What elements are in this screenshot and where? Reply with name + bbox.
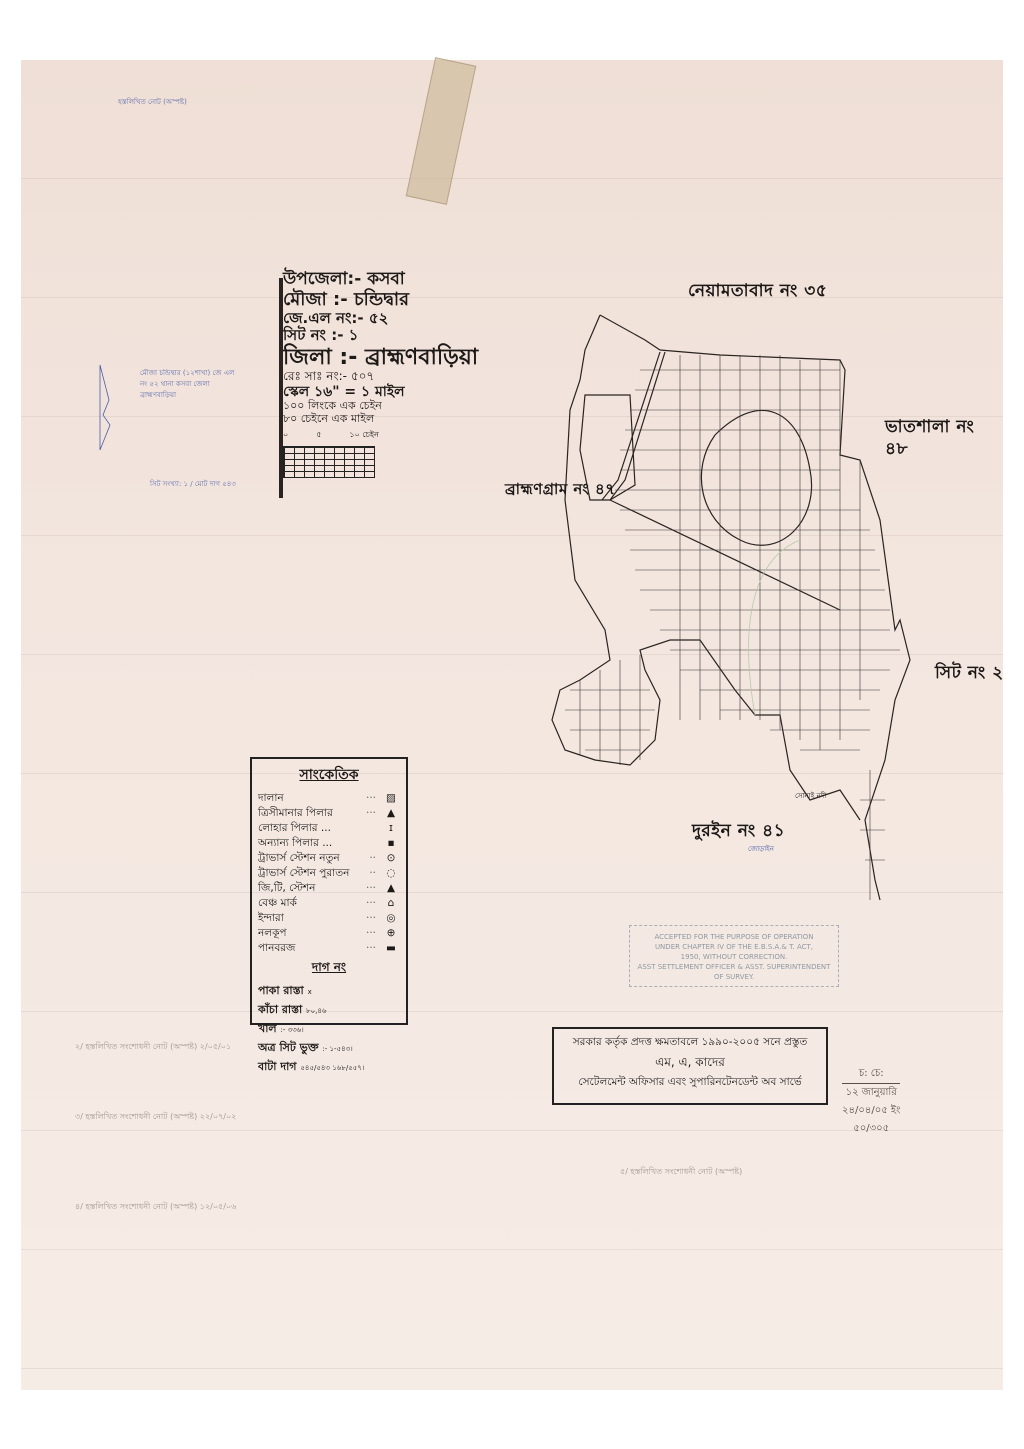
tubewell-icon: ⊕ — [382, 926, 400, 941]
side-mouza-note: মৌজা চন্ডিদ্বার (১২শাখা) জে এল নং ৫২ থান… — [140, 368, 240, 401]
adjacent-mouza-west: ব্রাহ্মণগ্রাম নং ৪৭ — [505, 478, 616, 503]
handwritten-header-note: হস্তলিখিত নোট (অস্পষ্ট) — [118, 96, 187, 108]
other-pillar-icon: ▪ — [382, 836, 400, 851]
reg-number: রেঃ সাঃ নং:- ৫০৭ — [283, 370, 513, 384]
correction-note-2: ২/ হস্তলিখিত সংশোধনী নোট (অস্পষ্ট) ২/০৫/… — [75, 1040, 405, 1054]
traverse-station-old-icon: ◌ — [382, 866, 400, 881]
legend-item: অন্যান্য পিলার ...▪ — [258, 836, 400, 851]
scale-note-chains: ৮০ চেইনে এক মাইল — [283, 413, 513, 426]
correction-note-5: ৫/ হস্তলিখিত সংশোধনী নোট (অস্পষ্ট) — [620, 1165, 950, 1179]
gt-station-icon: ▲ — [382, 881, 400, 896]
date-note: চ: চে: ১২ জানুয়ারি ২৪/০৪/০৫ ইং ৫০/৩০৫ — [842, 1065, 900, 1138]
scale-tick-5: ৫ — [316, 429, 321, 442]
approval-stamp: ACCEPTED FOR THE PURPOSE OF OPERATION UN… — [629, 925, 839, 987]
adjacent-mouza-south: দুরইন নং ৪১ — [692, 818, 785, 846]
traverse-station-new-icon: ⊙ — [382, 851, 400, 866]
legend-item: দালান···▨ — [258, 791, 400, 806]
dag-item: কাঁচা রাস্তা ৮০,৪৬ — [258, 1001, 400, 1020]
district-label: জিলা :- ব্রাহ্মণবাড়িয়া — [283, 345, 513, 370]
legend-item: পানবরজ···▬ — [258, 941, 400, 956]
sheet-number: সিট নং :- ১ — [283, 327, 513, 344]
river-name-label: সোনাই নদী — [795, 790, 826, 802]
legend-item: লোহার পিলার ...ɪ — [258, 821, 400, 836]
side-summary-note: সিট সংখ্যা: ১ / মোট দাগ ৫৪৩ — [150, 478, 236, 490]
scale-tick-0: ০ — [283, 429, 288, 442]
betel-garden-icon: ▬ — [382, 941, 400, 956]
iron-pillar-icon: ɪ — [382, 821, 400, 836]
survey-authority-box: সরকার কর্তৃক প্রদত্ত ক্ষমতাবলে ১৯৯০-২০০৫… — [552, 1027, 828, 1105]
scale-note-links: ১০০ লিংকে এক চেইন — [283, 400, 513, 413]
legend-item: জি,টি, স্টেশন···▲ — [258, 881, 400, 896]
legend-item: বেঞ্চ মার্ক···⌂ — [258, 896, 400, 911]
legend-title: সাংকেতিক — [258, 763, 400, 787]
adjacent-mouza-north: নেয়ামতাবাদ নং ৩৫ — [688, 278, 827, 306]
legend-item: ট্রাভার্স স্টেশন নতুন··⊙ — [258, 851, 400, 866]
map-legend: সাংকেতিক দালান···▨ ত্রিসীমানার পিলার···▲… — [250, 757, 408, 1025]
legend-item: ইন্দারা···◎ — [258, 911, 400, 926]
correction-note-3: ৩/ হস্তলিখিত সংশোধনী নোট (অস্পষ্ট) ২২/০৭… — [75, 1110, 405, 1124]
title-bar-decoration — [279, 278, 283, 498]
mouza-label: মৌজা :- চন্ডিদ্বার — [283, 290, 513, 311]
scale-tick-10: ১০ চেইন — [349, 429, 378, 442]
tri-junction-pillar-icon: ▲ — [382, 806, 400, 821]
diagonal-scale-bar — [283, 446, 375, 478]
adjacent-sheet-east: সিট নং ২ — [935, 660, 1004, 688]
north-arrow-sketch — [95, 360, 115, 455]
dag-item: পাকা রাস্তা x — [258, 982, 400, 1001]
bench-mark-icon: ⌂ — [382, 896, 400, 911]
south-small-label: জোড়াইন — [748, 843, 774, 855]
dag-number-heading: দাগ নং — [258, 959, 400, 979]
upazila-label: উপজেলা:- কসবা — [283, 270, 513, 290]
jl-number: জে.এল নং:- ৫২ — [283, 310, 513, 327]
legend-item: ট্রাভার্স স্টেশন পুরাতন··◌ — [258, 866, 400, 881]
correction-note-4: ৪/ হস্তলিখিত সংশোধনী নোট (অস্পষ্ট) ১২/০৫… — [75, 1200, 405, 1214]
legend-item: ত্রিসীমানার পিলার···▲ — [258, 806, 400, 821]
officer-title: সেটেলমেন্ট অফিসার এবং সুপারিনটেনডেন্ট অব… — [554, 1074, 826, 1090]
officer-name: এম, এ, কাদের — [554, 1050, 826, 1074]
legend-item: নলকূপ···⊕ — [258, 926, 400, 941]
adjacent-mouza-east: ভাতশালা নং ৪৮ — [885, 416, 975, 460]
title-block: উপজেলা:- কসবা মৌজা :- চন্ডিদ্বার জে.এল ন… — [283, 270, 513, 478]
scale-label: স্কেল ১৬" = ১ মাইল — [283, 384, 513, 400]
building-icon: ▨ — [382, 791, 400, 806]
well-icon: ◎ — [382, 911, 400, 926]
survey-prepared-line: সরকার কর্তৃক প্রদত্ত ক্ষমতাবলে ১৯৯০-২০০৫… — [554, 1034, 826, 1050]
dag-item: বাটা দাগ ৫৪৫/৫৪৩ ১৬৮/৫৫৭। — [258, 1058, 400, 1077]
dag-item: খাল :- ৩৩৬। — [258, 1020, 400, 1039]
